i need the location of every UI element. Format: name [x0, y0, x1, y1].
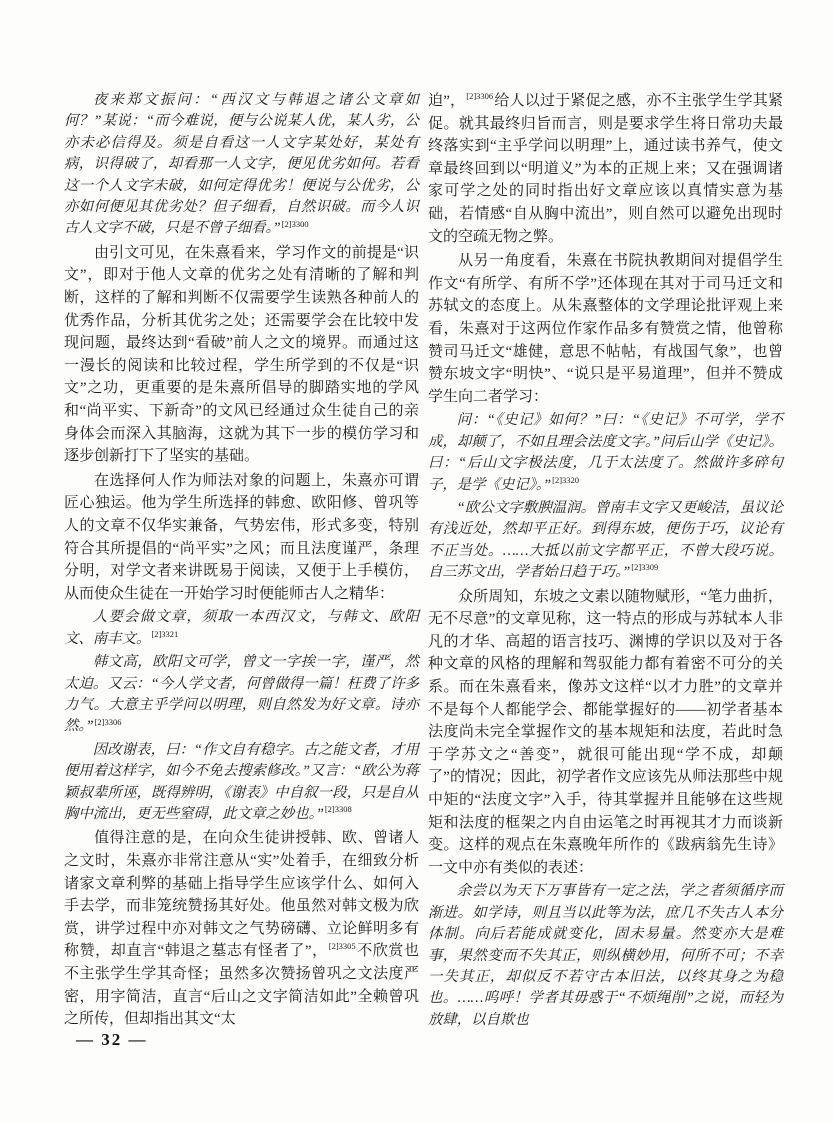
citation-ref: [2]3305 [329, 941, 356, 951]
block-quote: 问：“《史记》如何？”曰：“《史记》不可学，学不成，却颠了，不如且理会法度文字。… [428, 410, 783, 496]
text-run: 由引文可见，在朱熹看来，学习作文的前提是“识文”，即对于他人文章的优劣之处有清晰… [64, 245, 419, 464]
block-quote: “欧公文字敷腴温润。曾南丰文字又更峻洁，虽议论有浅近处，然却平正好。到得东坡，便… [428, 498, 783, 584]
text-run: 余尝以为天下万事皆有一定之法，学之者须循序而渐进。如学诗，则且当以此等为法，庶几… [428, 883, 783, 1027]
block-quote: 人要会做文章，须取一本西汉文，与韩文、欧阳文、南丰文。[2]3321 [64, 607, 419, 650]
text-run: 值得注意的是，在向众生徒讲授韩、欧、曾诸人之文时，朱熹亦非常注意从“实”处着手，… [64, 830, 419, 959]
paragraph: 由引文可见，在朱熹看来，学习作文的前提是“识文”，即对于他人文章的优劣之处有清晰… [64, 242, 419, 468]
paragraph: 众所周知，东坡之文素以随物赋形，“笔力曲折，无不尽意”的文章见称，这一特点的形成… [428, 586, 783, 880]
citation-ref: [2]3320 [552, 475, 579, 485]
citation-ref: [2]3306 [466, 91, 493, 101]
text-run: 问：“《史记》如何？”曰：“《史记》不可学，学不成，却颠了，不如且理会法度文字。… [428, 412, 783, 492]
paragraph: 值得注意的是，在向众生徒讲授韩、欧、曾诸人之文时，朱熹亦非常注意从“实”处着手，… [64, 827, 419, 1030]
text-run: 在选择何人作为师法对象的问题上，朱熹亦可谓匠心独运。他为学生所选择的韩愈、欧阳修… [64, 473, 419, 602]
paragraph: 从另一角度看，朱熹在书院执教期间对提倡学生作文“有所学、有所不学”还体现在其对于… [428, 250, 783, 408]
citation-ref: [2]3300 [282, 219, 309, 229]
text-run: 迫”， [428, 93, 465, 109]
block-quote: 韩文高，欧阳文可学，曾文一字挨一字，谨严，然太迫。又云：“今人学文者，何曾做得一… [64, 652, 419, 738]
text-run: 给人以过于紧促之感，亦不主张学生学其紧促。就其最终归旨而言，则是要求学生将日常功… [428, 93, 783, 245]
text-run: 夜来郑文振问：“西汉文与韩退之诸公文章如何？”某说：“而今难说，便与公说某人优，… [64, 92, 419, 236]
citation-ref: [2]3321 [151, 629, 178, 639]
text-run: 人要会做文章，须取一本西汉文，与韩文、欧阳文、南丰文。 [64, 609, 419, 646]
text-run: “欧公文字敷腴温润。曾南丰文字又更峻洁，虽议论有浅近处，然却平正好。到得东坡，便… [428, 500, 783, 580]
citation-ref: [2]3308 [325, 804, 352, 814]
document-page: 夜来郑文振问：“西汉文与韩退之诸公文章如何？”某说：“而今难说，便与公说某人优，… [0, 0, 833, 1123]
page-number: — 32 — [76, 1030, 148, 1050]
paragraph: 在选择何人作为师法对象的问题上，朱熹亦可谓匠心独运。他为学生所选择的韩愈、欧阳修… [64, 470, 419, 606]
citation-ref: [2]3306 [95, 717, 122, 727]
text-run: 因改谢表，曰：“作文自有稳字。古之能文者，才用便用着这样字，如今不免去搜索修改。… [64, 742, 419, 822]
block-quote: 因改谢表，曰：“作文自有稳字。古之能文者，才用便用着这样字，如今不免去搜索修改。… [64, 740, 419, 826]
paragraph: 迫”，[2]3306给人以过于紧促之感，亦不主张学生学其紧促。就其最终归旨而言，… [428, 90, 783, 248]
citation-ref: [2]3309 [631, 562, 658, 572]
text-run: 众所周知，东坡之文素以随物赋形，“笔力曲折，无不尽意”的文章见称，这一特点的形成… [428, 589, 783, 876]
block-quote: 余尝以为天下万事皆有一定之法，学之者须循序而渐进。如学诗，则且当以此等为法，庶几… [428, 881, 783, 1031]
block-quote: 夜来郑文振问：“西汉文与韩退之诸公文章如何？”某说：“而今难说，便与公说某人优，… [64, 90, 419, 240]
right-column: 迫”，[2]3306给人以过于紧促之感，亦不主张学生学其紧促。就其最终归旨而言，… [428, 90, 783, 1031]
text-run: 从另一角度看，朱熹在书院执教期间对提倡学生作文“有所学、有所不学”还体现在其对于… [428, 253, 783, 405]
two-column-text-area: 夜来郑文振问：“西汉文与韩退之诸公文章如何？”某说：“而今难说，便与公说某人优，… [64, 90, 783, 1031]
left-column: 夜来郑文振问：“西汉文与韩退之诸公文章如何？”某说：“而今难说，便与公说某人优，… [64, 90, 419, 1031]
